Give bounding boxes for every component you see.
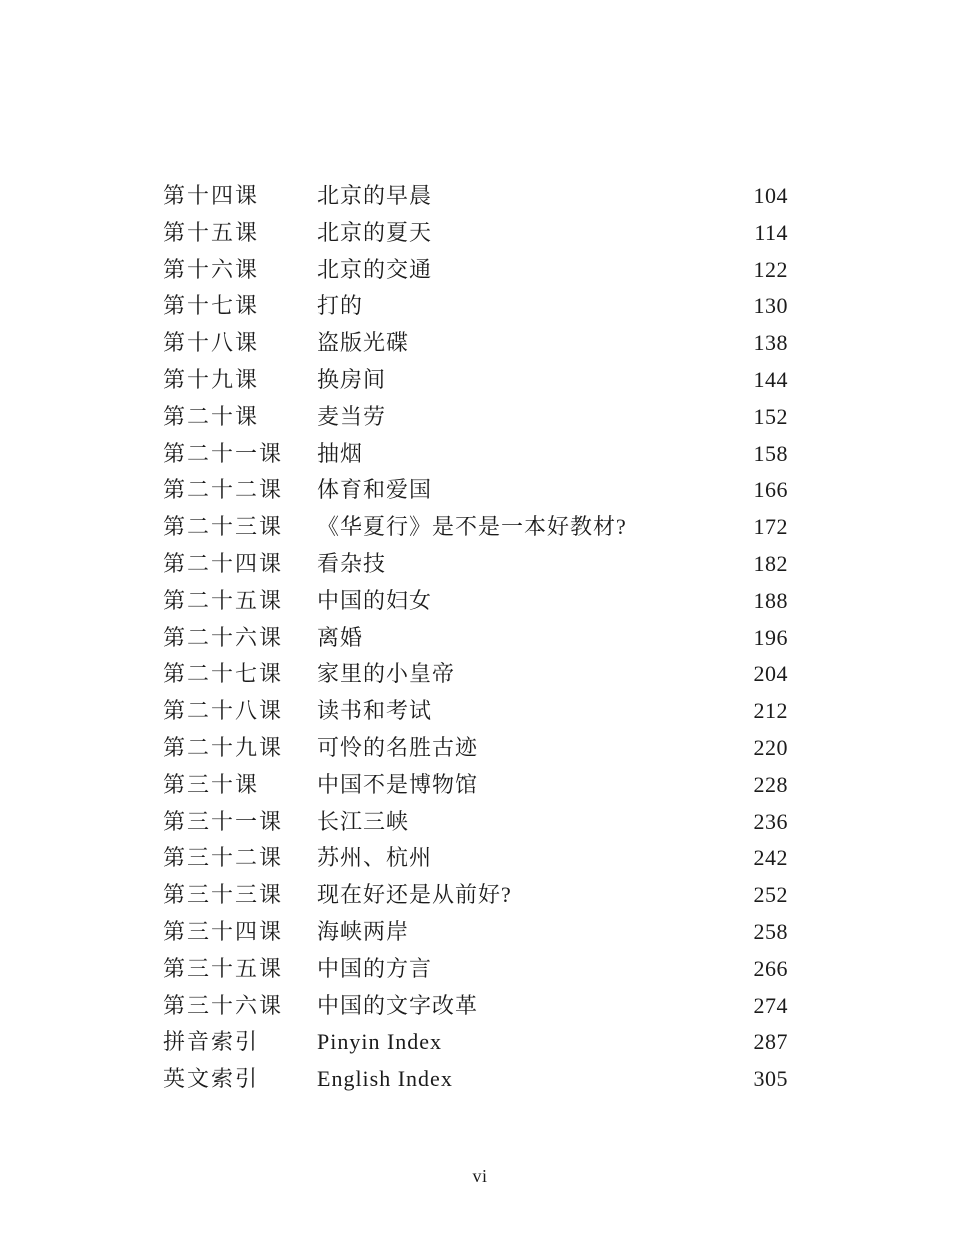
lesson-label: 第三十四课 — [163, 914, 317, 951]
lesson-title: 苏州、杭州 — [317, 840, 728, 877]
lesson-label: 第二十一课 — [163, 436, 317, 473]
lesson-label: 英文索引 — [163, 1061, 317, 1098]
page-ref: 172 — [728, 509, 788, 546]
table-row: 第三十二课 苏州、杭州 242 — [163, 840, 788, 877]
lesson-label: 第二十三课 — [163, 509, 317, 546]
lesson-title: 北京的交通 — [317, 252, 728, 289]
toc-list: 第十四课 北京的早晨 104 第十五课 北京的夏天 114 第十六课 北京的交通… — [163, 178, 788, 1098]
lesson-title: 长江三峡 — [317, 804, 728, 841]
page-ref: 196 — [728, 620, 788, 657]
table-row: 第十八课 盗版光碟 138 — [163, 325, 788, 362]
table-row: 第十九课 换房间 144 — [163, 362, 788, 399]
page-ref: 166 — [728, 472, 788, 509]
table-row: 第三十六课 中国的文字改革 274 — [163, 988, 788, 1025]
table-row: 第二十五课 中国的妇女 188 — [163, 583, 788, 620]
page-ref: 220 — [728, 730, 788, 767]
table-row: 第二十四课 看杂技 182 — [163, 546, 788, 583]
page-ref: 305 — [728, 1061, 788, 1098]
page-ref: 114 — [728, 215, 788, 252]
lesson-label: 第十七课 — [163, 288, 317, 325]
lesson-title: 中国的文字改革 — [317, 988, 728, 1025]
lesson-title: 中国的妇女 — [317, 583, 728, 620]
lesson-title: 《华夏行》是不是一本好教材? — [317, 509, 728, 546]
page-ref: 236 — [728, 804, 788, 841]
lesson-label: 第二十六课 — [163, 620, 317, 657]
page-ref: 122 — [728, 252, 788, 289]
lesson-label: 拼音索引 — [163, 1024, 317, 1061]
lesson-label: 第二十五课 — [163, 583, 317, 620]
lesson-label: 第十六课 — [163, 252, 317, 289]
lesson-label: 第二十九课 — [163, 730, 317, 767]
table-row: 第三十四课 海峡两岸 258 — [163, 914, 788, 951]
lesson-title: 中国不是博物馆 — [317, 767, 728, 804]
table-row: 第十七课 打的 130 — [163, 288, 788, 325]
table-row: 第二十七课 家里的小皇帝 204 — [163, 656, 788, 693]
lesson-label: 第十五课 — [163, 215, 317, 252]
page-ref: 204 — [728, 656, 788, 693]
page-ref: 182 — [728, 546, 788, 583]
lesson-title: 麦当劳 — [317, 399, 728, 436]
lesson-label: 第十八课 — [163, 325, 317, 362]
table-row: 第三十五课 中国的方言 266 — [163, 951, 788, 988]
table-row: 第十六课 北京的交通 122 — [163, 252, 788, 289]
lesson-label: 第十九课 — [163, 362, 317, 399]
page-number: vi — [0, 1166, 960, 1187]
page-ref: 228 — [728, 767, 788, 804]
page-ref: 287 — [728, 1024, 788, 1061]
lesson-title: 看杂技 — [317, 546, 728, 583]
lesson-label: 第二十七课 — [163, 656, 317, 693]
lesson-title: 可怜的名胜古迹 — [317, 730, 728, 767]
lesson-label: 第三十二课 — [163, 840, 317, 877]
table-row: 第三十一课 长江三峡 236 — [163, 804, 788, 841]
lesson-title: 现在好还是从前好? — [317, 877, 728, 914]
lesson-label: 第二十二课 — [163, 472, 317, 509]
table-row: 第二十课 麦当劳 152 — [163, 399, 788, 436]
page-ref: 130 — [728, 288, 788, 325]
table-row: 第二十九课 可怜的名胜古迹 220 — [163, 730, 788, 767]
lesson-label: 第三十三课 — [163, 877, 317, 914]
lesson-title: 北京的早晨 — [317, 178, 728, 215]
page-ref: 158 — [728, 436, 788, 473]
lesson-title: 离婚 — [317, 620, 728, 657]
lesson-label: 第二十八课 — [163, 693, 317, 730]
lesson-label: 第十四课 — [163, 178, 317, 215]
table-row: 第三十三课 现在好还是从前好? 252 — [163, 877, 788, 914]
lesson-label: 第三十六课 — [163, 988, 317, 1025]
page-ref: 252 — [728, 877, 788, 914]
page-ref: 274 — [728, 988, 788, 1025]
page-ref: 138 — [728, 325, 788, 362]
lesson-title: 盗版光碟 — [317, 325, 728, 362]
lesson-label: 第二十四课 — [163, 546, 317, 583]
table-row: 第十四课 北京的早晨 104 — [163, 178, 788, 215]
page-ref: 188 — [728, 583, 788, 620]
lesson-title: 中国的方言 — [317, 951, 728, 988]
lesson-title: 打的 — [317, 288, 728, 325]
lesson-label: 第二十课 — [163, 399, 317, 436]
page-ref: 258 — [728, 914, 788, 951]
lesson-title: 海峡两岸 — [317, 914, 728, 951]
table-row: 英文索引 English Index 305 — [163, 1061, 788, 1098]
lesson-title: 体育和爱国 — [317, 472, 728, 509]
table-row: 第二十六课 离婚 196 — [163, 620, 788, 657]
table-row: 第二十八课 读书和考试 212 — [163, 693, 788, 730]
page-ref: 212 — [728, 693, 788, 730]
page-ref: 144 — [728, 362, 788, 399]
table-row: 第二十三课 《华夏行》是不是一本好教材? 172 — [163, 509, 788, 546]
page-ref: 104 — [728, 178, 788, 215]
lesson-title: 换房间 — [317, 362, 728, 399]
lesson-title: 抽烟 — [317, 436, 728, 473]
page-ref: 242 — [728, 840, 788, 877]
lesson-label: 第三十一课 — [163, 804, 317, 841]
toc-page: 第十四课 北京的早晨 104 第十五课 北京的夏天 114 第十六课 北京的交通… — [0, 0, 960, 1242]
lesson-label: 第三十课 — [163, 767, 317, 804]
table-row: 第二十二课 体育和爱国 166 — [163, 472, 788, 509]
lesson-title: 北京的夏天 — [317, 215, 728, 252]
lesson-label: 第三十五课 — [163, 951, 317, 988]
table-row: 第二十一课 抽烟 158 — [163, 436, 788, 473]
table-row: 拼音索引 Pinyin Index 287 — [163, 1024, 788, 1061]
lesson-title: Pinyin Index — [317, 1024, 728, 1061]
page-ref: 266 — [728, 951, 788, 988]
table-row: 第十五课 北京的夏天 114 — [163, 215, 788, 252]
lesson-title: 家里的小皇帝 — [317, 656, 728, 693]
lesson-title: English Index — [317, 1061, 728, 1098]
page-ref: 152 — [728, 399, 788, 436]
table-row: 第三十课 中国不是博物馆 228 — [163, 767, 788, 804]
lesson-title: 读书和考试 — [317, 693, 728, 730]
